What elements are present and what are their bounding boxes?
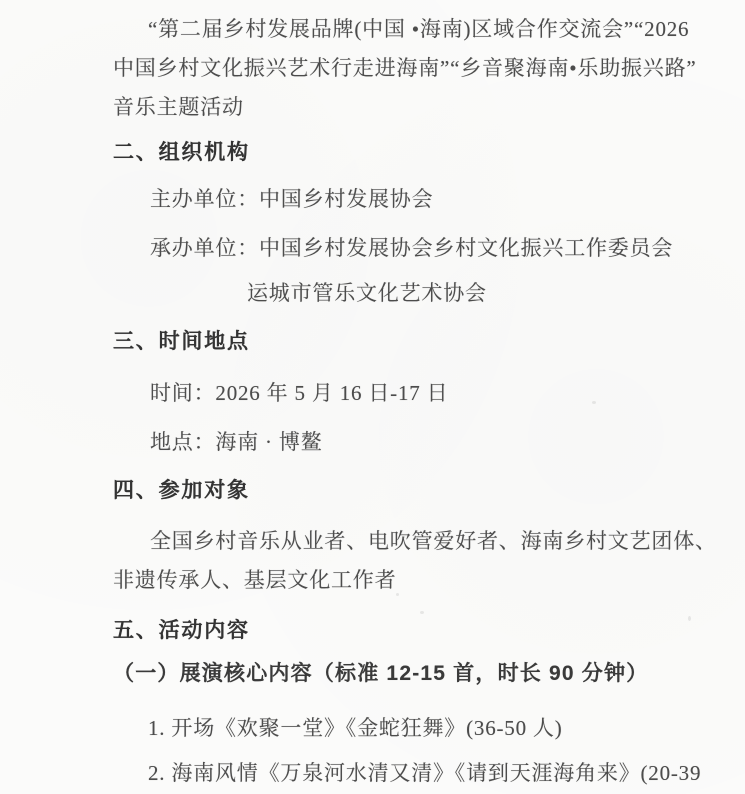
organizer-line: 承办单位：中国乡村发展协会乡村文化振兴工作委员会 [150,236,673,260]
intro-line-3: 音乐主题活动 [113,95,244,119]
intro-line-1: “第二届乡村发展品牌(中国 •海南)区域合作交流会”“2026 [148,17,689,41]
scan-speck [688,616,691,621]
subsection-1-heading: （一）展演核心内容（标准 12-15 首，时长 90 分钟） [113,662,648,686]
section-5-heading: 五、活动内容 [113,619,250,643]
program-item-1: 1. 开场《欢聚一堂》《金蛇狂舞》(36-50 人) [148,716,563,740]
audience-line-1: 全国乡村音乐从业者、电吹管爱好者、海南乡村文艺团体、 [150,529,717,553]
host-organization-line: 主办单位：中国乡村发展协会 [150,187,433,211]
scan-speck [420,611,424,614]
time-line: 时间：2026 年 5 月 16 日-17 日 [150,381,448,405]
scanned-document-page: “第二届乡村发展品牌(中国 •海南)区域合作交流会”“2026 中国乡村文化振兴… [0,0,745,794]
organizer-line-2: 运城市管乐文化艺术协会 [247,281,487,305]
section-2-heading: 二、组织机构 [113,141,250,165]
audience-line-2: 非遗传承人、基层文化工作者 [113,568,396,592]
section-4-heading: 四、参加对象 [113,479,250,503]
section-3-heading: 三、时间地点 [113,330,250,354]
place-line: 地点：海南 · 博鳌 [150,430,323,454]
scan-speck [396,593,399,596]
intro-line-2: 中国乡村文化振兴艺术行走进海南”“乡音聚海南•乐助振兴路” [113,56,697,80]
scan-speck [592,401,596,404]
program-item-2: 2. 海南风情《万泉河水清又清》《请到天涯海角来》(20-39 [148,761,701,785]
